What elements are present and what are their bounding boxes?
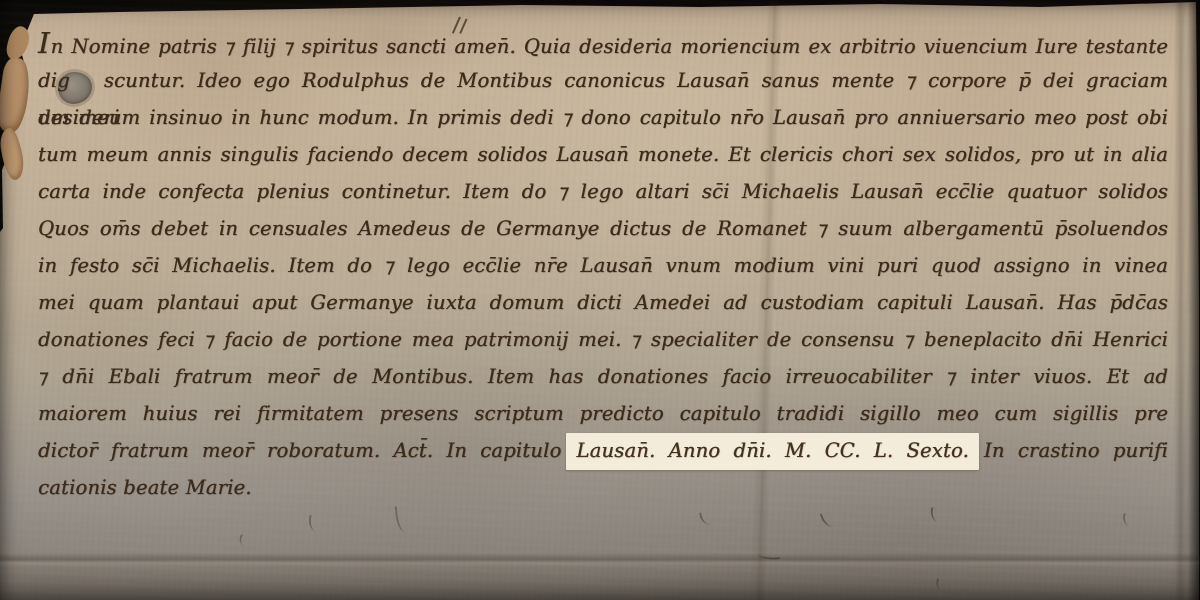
- charter-line-11: maiorem huius rei firmitatem presens scr…: [38, 395, 1168, 432]
- charter-line-7: in festo sc̄i Michaelis. Item do ⁊ lego …: [38, 247, 1168, 284]
- highlighted-date-passage: Lausan̄. Anno dn̄i. M. CC. L. Sexto.: [566, 433, 978, 470]
- charter-line-10: ⁊ dn̄i Ebali fratrum meor̄ de Montibus. …: [38, 358, 1168, 395]
- charter-line-3: um meum insinuo in hunc modum. In primis…: [38, 99, 1168, 136]
- charter-line-1: In Nomine patris ⁊ filij ⁊ spiritus sanc…: [38, 25, 1168, 62]
- line-12-before-highlight: dictor̄ fratrum meor̄ roboratum. Act̄. I…: [38, 439, 561, 462]
- charter-line-2: digscuntur. Ideo ego Rodulphus de Montib…: [38, 62, 1168, 99]
- line-12-after-highlight: In crastino purifi: [984, 439, 1168, 462]
- charter-line-6: Quos om̄s debet in censuales Amedeus de …: [38, 210, 1168, 247]
- charter-line-8: mei quam plantaui aput Germanye iuxta do…: [38, 284, 1168, 321]
- line-2-before-hole: dig: [38, 69, 70, 92]
- charter-line-5: carta inde confecta plenius continetur. …: [38, 173, 1168, 210]
- charter-line-9: donationes feci ⁊ facio de portione mea …: [38, 321, 1168, 358]
- charter-line-4: tum meum annis singulis faciendo decem s…: [38, 136, 1168, 173]
- manuscript-photo: In Nomine patris ⁊ filij ⁊ spiritus sanc…: [0, 0, 1200, 600]
- charter-text: In Nomine patris ⁊ filij ⁊ spiritus sanc…: [38, 25, 1168, 506]
- hole-gap: [70, 86, 104, 87]
- charter-line-12: dictor̄ fratrum meor̄ roboratum. Act̄. I…: [38, 432, 1168, 469]
- charter-line-13: cationis beate Marie.: [38, 469, 1168, 506]
